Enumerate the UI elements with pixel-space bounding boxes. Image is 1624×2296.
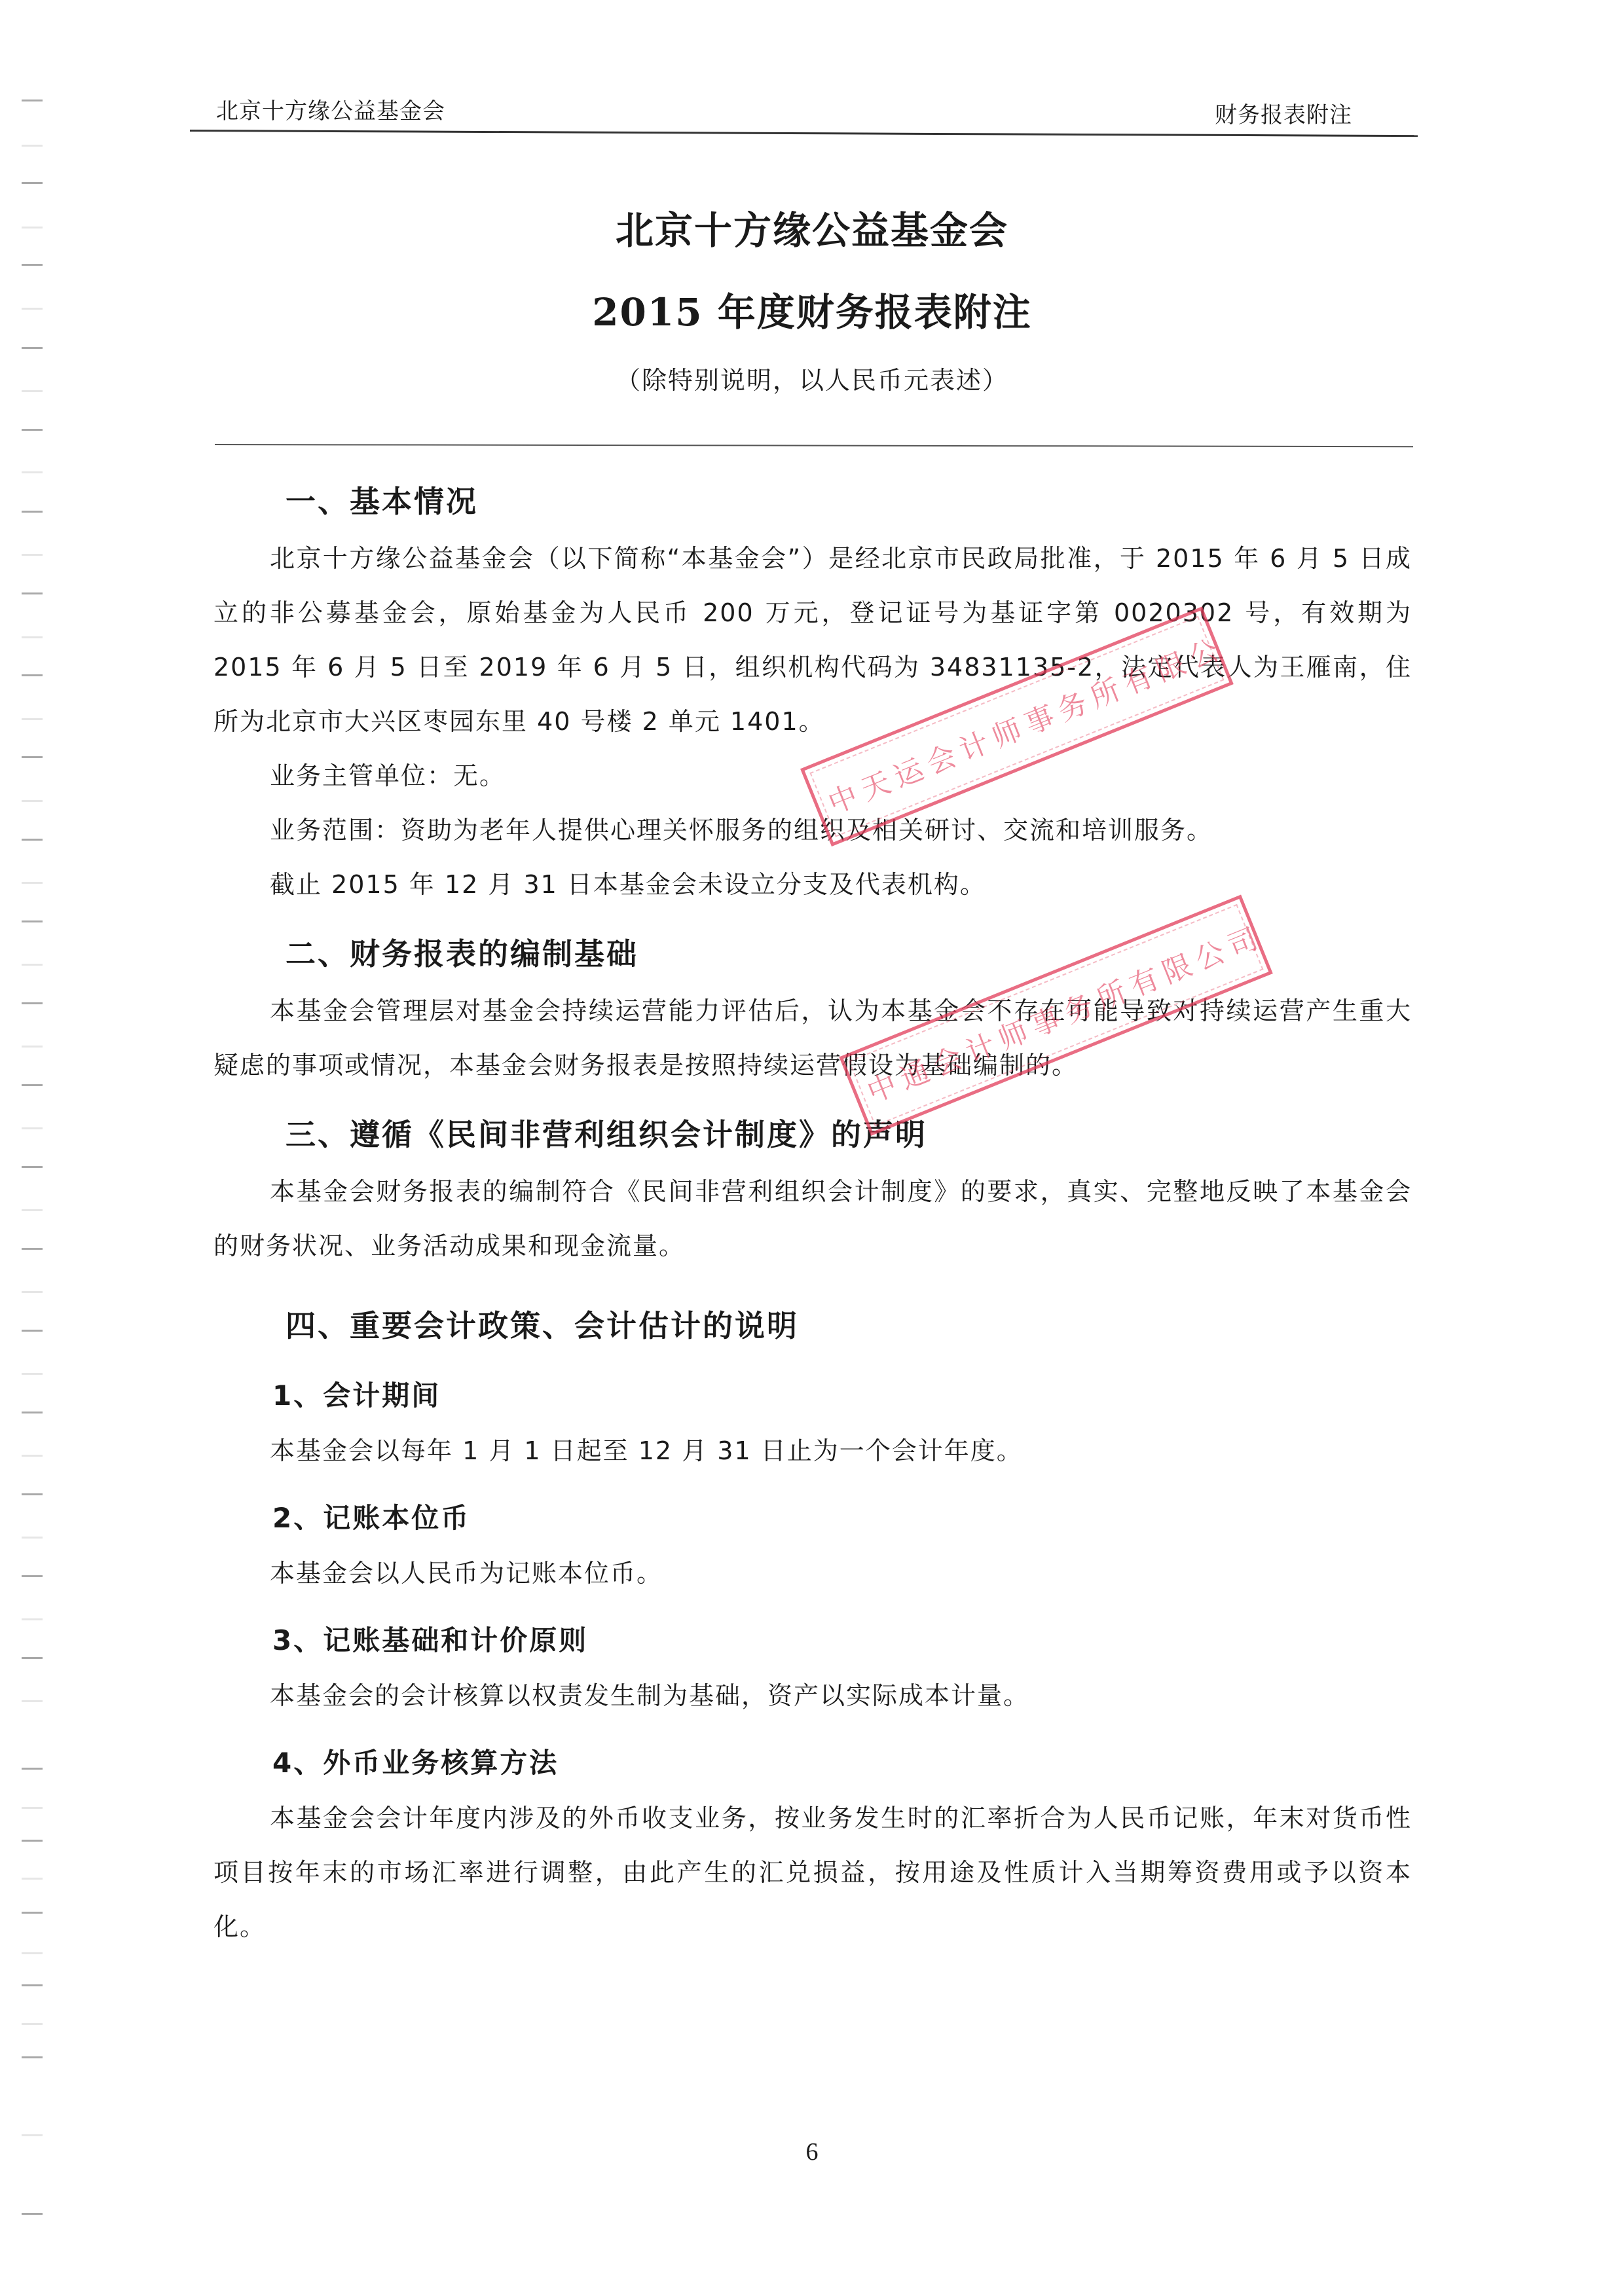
margin-tick (22, 636, 43, 638)
margin-tick (22, 511, 43, 513)
margin-tick (22, 429, 43, 431)
margin-tick (22, 1575, 43, 1577)
margin-tick (22, 1807, 43, 1809)
margin-tick (22, 1618, 43, 1620)
margin-tick (22, 1537, 43, 1539)
margin-tick (22, 1127, 43, 1129)
paragraph-functional-currency: 本基金会以人民币为记账本位币。 (213, 1546, 1412, 1601)
margin-tick (22, 1084, 43, 1086)
margin-tick (22, 1493, 43, 1495)
margin-tick (22, 1952, 43, 1954)
margin-tick (22, 347, 43, 349)
margin-tick (22, 1984, 43, 1986)
margin-tick (22, 1046, 43, 1048)
header-rule (190, 130, 1418, 137)
subsection-heading-foreign-currency: 4、外币业务核算方法 (213, 1735, 1412, 1791)
section-heading-basic-info: 一、基本情况 (213, 471, 1412, 532)
margin-tick (22, 1373, 43, 1375)
margin-tick (22, 145, 43, 147)
margin-tick (22, 554, 43, 556)
margin-tick (22, 800, 43, 802)
margin-tick (22, 1330, 43, 1332)
paragraph-going-concern: 本基金会管理层对基金会持续运营能力评估后，认为本基金会不存在可能导致对持续运营产… (213, 984, 1412, 1093)
page-number: 6 (0, 2138, 1624, 2166)
margin-tick (22, 964, 43, 966)
margin-tick (22, 2213, 43, 2215)
margin-tick (22, 718, 43, 720)
paragraph-basic-info: 北京十方缘公益基金会（以下简称“本基金会”）是经北京市民政局批准，于 2015 … (213, 532, 1412, 749)
paragraph-foreign-currency: 本基金会会计年度内涉及的外币收支业务，按业务发生时的汇率折合为人民币记账，年末对… (213, 1791, 1412, 1954)
margin-tick (22, 1291, 43, 1293)
margin-tick (22, 471, 43, 473)
margin-tick (22, 182, 43, 184)
subsection-heading-functional-currency: 2、记账本位币 (213, 1490, 1412, 1546)
margin-tick (22, 2056, 43, 2058)
margin-tick (22, 592, 43, 594)
document-title-org: 北京十方缘公益基金会 (0, 200, 1624, 255)
margin-tick (22, 1700, 43, 1702)
document-subtitle: （除特别说明，以人民币元表述） (0, 360, 1624, 396)
margin-tick (22, 882, 43, 884)
margin-tick (22, 1768, 43, 1770)
margin-tick (22, 1455, 43, 1457)
binding-margin-ticks (0, 0, 79, 2296)
paragraph-compliance: 本基金会财务报表的编制符合《民间非营利组织会计制度》的要求，真实、完整地反映了本… (213, 1165, 1412, 1273)
subsection-heading-accounting-basis: 3、记账基础和计价原则 (213, 1613, 1412, 1669)
section-heading-compliance-statement: 三、遵循《民间非营利组织会计制度》的声明 (213, 1104, 1412, 1165)
margin-tick (22, 1248, 43, 1250)
paragraph-accounting-basis: 本基金会的会计核算以权责发生制为基础，资产以实际成本计量。 (213, 1669, 1412, 1723)
running-header-section: 财务报表附注 (1215, 97, 1352, 129)
section-heading-accounting-policies: 四、重要会计政策、会计估计的说明 (213, 1296, 1412, 1356)
margin-tick (22, 839, 43, 841)
margin-tick (22, 920, 43, 922)
margin-tick (22, 1209, 43, 1211)
paragraph-accounting-period: 本基金会以每年 1 月 1 日起至 12 月 31 日止为一个会计年度。 (213, 1424, 1412, 1478)
paragraph-business-scope: 业务范围：资助为老年人提供心理关怀服务的组织及相关研讨、交流和培训服务。 (213, 803, 1412, 858)
margin-tick (22, 1166, 43, 1168)
margin-tick (22, 2023, 43, 2025)
margin-tick (22, 100, 43, 101)
subsection-heading-accounting-period: 1、会计期间 (213, 1368, 1412, 1424)
margin-tick (22, 674, 43, 676)
title-divider (215, 444, 1413, 447)
document-title-report: 2015 年度财务报表附注 (0, 282, 1624, 337)
document-body: 一、基本情况 北京十方缘公益基金会（以下简称“本基金会”）是经北京市民政局批准，… (213, 471, 1412, 1954)
margin-tick (22, 1412, 43, 1413)
margin-tick (22, 1002, 43, 1004)
margin-tick (22, 1878, 43, 1880)
margin-tick (22, 1912, 43, 1914)
margin-tick (22, 756, 43, 758)
margin-tick (22, 2134, 43, 2136)
margin-tick (22, 1840, 43, 1842)
margin-tick (22, 264, 43, 266)
margin-tick (22, 1657, 43, 1659)
running-header-org: 北京十方缘公益基金会 (216, 93, 445, 125)
